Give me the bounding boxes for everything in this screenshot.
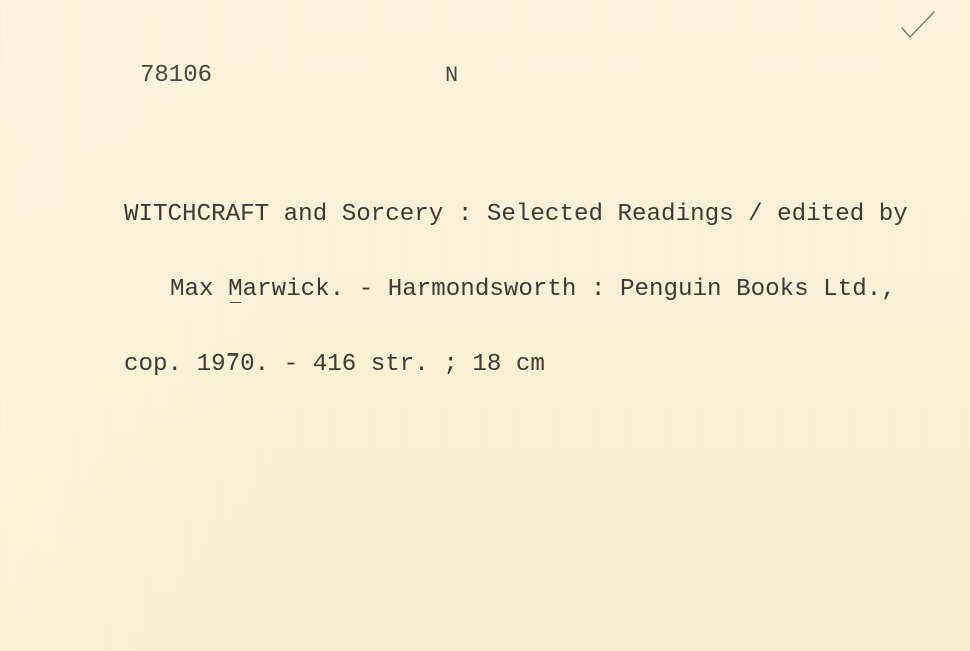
entry-line-date-extent: cop. 1970. - 416 str. ; 18 cm [124,352,908,377]
accession-number: 78106 [140,62,212,89]
entry-line-editor-publisher: Max Marwick. - Harmondsworth : Penguin B… [124,277,908,302]
entry-text: cop. 19 [124,351,226,378]
checkmark-icon [898,10,938,40]
entry-text: Max [170,276,228,303]
entry-line-title: WITCHCRAFT and Sorcery : Selected Readin… [124,202,908,227]
underlined-letter: M [228,277,243,302]
entry-text: 0. - 416 str. ; 18 cm [240,351,545,378]
entry-text: arwick. - Harmondsworth : Penguin Books … [243,276,896,303]
catalog-card: 78106 N WITCHCRAFT and Sorcery : Selecte… [0,0,970,651]
location-mark: N [445,63,458,88]
overlined-digit: 7 [226,352,241,377]
bibliographic-entry: WITCHCRAFT and Sorcery : Selected Readin… [124,152,908,427]
